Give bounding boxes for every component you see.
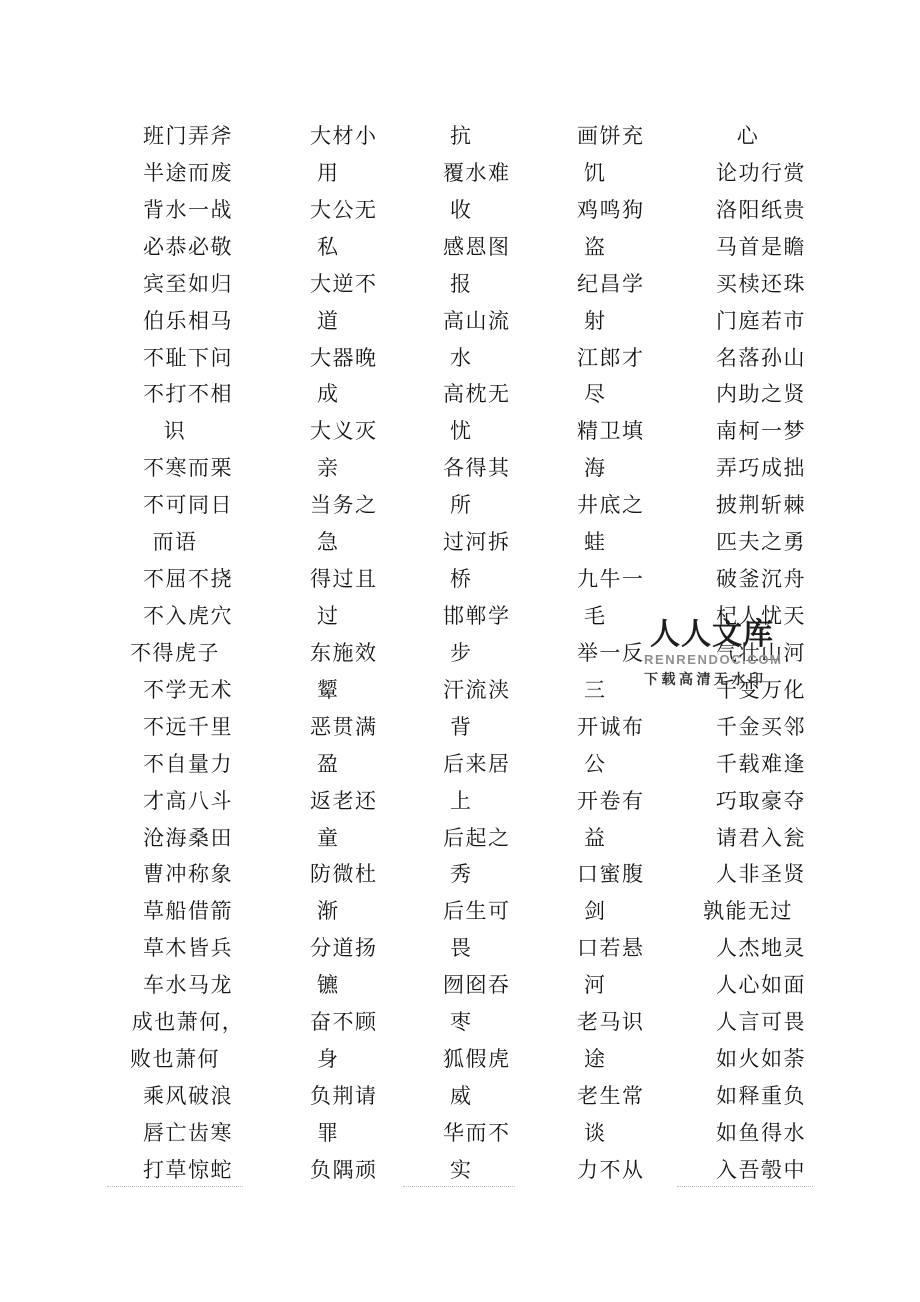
idiom-line: 班门弄斧 — [105, 118, 271, 155]
idiom-line: 防微杜 — [310, 856, 422, 893]
idiom-line: 过 — [310, 598, 422, 635]
idiom-line: 南柯一梦 — [678, 413, 844, 450]
idiom-line: 所 — [443, 487, 555, 524]
idiom-line: 得过且 — [310, 561, 422, 598]
idiom-line: 感恩图 — [443, 229, 555, 266]
idiom-line: 上 — [443, 783, 555, 820]
idiom-line: 大义灭 — [310, 413, 422, 450]
idiom-line: 不自量力 — [105, 746, 271, 783]
idiom-line: 负荆请 — [310, 1078, 422, 1115]
idiom-line: 半途而废 — [105, 155, 271, 192]
idiom-line: 不远千里 — [105, 709, 271, 746]
idiom-line: 高山流 — [443, 303, 555, 340]
watermark: 人人文库 RENRENDOC.COM 下载高清无水印 — [644, 620, 844, 689]
idiom-line: 成也萧何， — [105, 1004, 271, 1041]
idiom-line: 罪 — [310, 1115, 422, 1152]
idiom-line: 井底之 — [577, 487, 689, 524]
idiom-line: 河 — [577, 967, 689, 1004]
idiom-line: 后来居 — [443, 746, 555, 783]
idiom-line: 蛙 — [577, 524, 689, 561]
idiom-line: 私 — [310, 229, 422, 266]
idiom-line: 饥 — [577, 155, 689, 192]
idiom-line: 大器晚 — [310, 340, 422, 377]
idiom-line: 纪昌学 — [577, 266, 689, 303]
idiom-line: 道 — [310, 303, 422, 340]
idiom-line: 后生可 — [443, 893, 555, 930]
idiom-line: 华而不 — [443, 1115, 555, 1152]
idiom-line: 谈 — [577, 1115, 689, 1152]
idiom-line: 盈 — [310, 746, 422, 783]
idiom-line: 身 — [310, 1041, 422, 1078]
idiom-line: 抗 — [443, 118, 555, 155]
idiom-line: 不入虎穴 — [105, 598, 271, 635]
idiom-line: 破釜沉舟 — [678, 561, 844, 598]
idiom-line: 洛阳纸贵 — [678, 192, 844, 229]
idiom-line: 披荆斩棘 — [678, 487, 844, 524]
idiom-line: 老生常 — [577, 1078, 689, 1115]
idiom-line: 鸡鸣狗 — [577, 192, 689, 229]
idiom-line: 急 — [310, 524, 422, 561]
idiom-line: 唇亡齿寒 — [105, 1115, 271, 1152]
idiom-line: 水 — [443, 340, 555, 377]
table-cell-dotted-border — [403, 1186, 515, 1187]
idiom-line: 开卷有 — [577, 783, 689, 820]
idiom-line: 威 — [443, 1078, 555, 1115]
idiom-line: 过河拆 — [443, 524, 555, 561]
idiom-line: 伯乐相马 — [105, 303, 271, 340]
idiom-line: 不打不相 — [105, 376, 271, 413]
idiom-line: 孰能无过 — [678, 893, 844, 930]
idiom-line: 渐 — [310, 893, 422, 930]
idiom-line: 背 — [443, 709, 555, 746]
idiom-line: 各得其 — [443, 450, 555, 487]
idiom-line: 收 — [443, 192, 555, 229]
idiom-line: 败也萧何 — [105, 1041, 271, 1078]
idiom-line: 大公无 — [310, 192, 422, 229]
idiom-line: 画饼充 — [577, 118, 689, 155]
idiom-line: 老马识 — [577, 1004, 689, 1041]
idiom-line: 不耻下问 — [105, 340, 271, 377]
idiom-line: 当务之 — [310, 487, 422, 524]
idiom-line: 剑 — [577, 893, 689, 930]
idiom-line: 打草惊蛇 — [105, 1152, 271, 1189]
table-cell-dotted-border — [107, 1186, 243, 1187]
idiom-line: 识 — [105, 413, 271, 450]
watermark-tagline: 下载高清无水印 — [644, 669, 844, 689]
idiom-line: 心 — [678, 118, 844, 155]
idiom-line: 盗 — [577, 229, 689, 266]
idiom-line: 射 — [577, 303, 689, 340]
idiom-line: 名落孙山 — [678, 340, 844, 377]
idiom-line: 必恭必敬 — [105, 229, 271, 266]
idiom-line: 大逆不 — [310, 266, 422, 303]
idiom-line: 颦 — [310, 672, 422, 709]
idiom-line: 恶贯满 — [310, 709, 422, 746]
idiom-line: 不寒而栗 — [105, 450, 271, 487]
idiom-line: 匹夫之勇 — [678, 524, 844, 561]
idiom-line: 狐假虎 — [443, 1041, 555, 1078]
idiom-line: 后起之 — [443, 820, 555, 857]
idiom-line: 不学无术 — [105, 672, 271, 709]
idiom-line: 人杰地灵 — [678, 930, 844, 967]
idiom-line: 如释重负 — [678, 1078, 844, 1115]
idiom-line: 覆水难 — [443, 155, 555, 192]
idiom-line: 开诚布 — [577, 709, 689, 746]
watermark-logo-text: 人人文库 — [650, 620, 844, 650]
idiom-line: 弄巧成拙 — [678, 450, 844, 487]
idiom-column-2: 大材小用大公无私大逆不道大器晚成大义灭亲当务之急得过且过东施效颦恶贯满盈返老还童… — [310, 118, 422, 1189]
idiom-line: 汗流浃 — [443, 672, 555, 709]
idiom-line: 不得虎子 — [105, 635, 271, 672]
idiom-line: 公 — [577, 746, 689, 783]
idiom-line: 成 — [310, 376, 422, 413]
idiom-line: 论功行赏 — [678, 155, 844, 192]
idiom-line: 宾至如归 — [105, 266, 271, 303]
idiom-line: 如鱼得水 — [678, 1115, 844, 1152]
idiom-line: 返老还 — [310, 783, 422, 820]
idiom-line: 千载难逢 — [678, 746, 844, 783]
idiom-line: 力不从 — [577, 1152, 689, 1189]
idiom-line: 才高八斗 — [105, 783, 271, 820]
idiom-line: 东施效 — [310, 635, 422, 672]
idiom-line: 海 — [577, 450, 689, 487]
idiom-column-3: 抗覆水难收感恩图报高山流水高枕无忧各得其所过河拆桥邯郸学步汗流浃背后来居上后起之… — [443, 118, 555, 1189]
idiom-line: 曹冲称象 — [105, 856, 271, 893]
idiom-line: 枣 — [443, 1004, 555, 1041]
idiom-line: 尽 — [577, 376, 689, 413]
idiom-line: 而语 — [105, 524, 271, 561]
idiom-line: 亲 — [310, 450, 422, 487]
idiom-line: 分道扬 — [310, 930, 422, 967]
idiom-line: 高枕无 — [443, 376, 555, 413]
idiom-line: 请君入瓮 — [678, 820, 844, 857]
idiom-line: 草木皆兵 — [105, 930, 271, 967]
idiom-line: 桥 — [443, 561, 555, 598]
watermark-site-url: RENRENDOC.COM — [644, 652, 844, 667]
idiom-line: 报 — [443, 266, 555, 303]
idiom-line: 畏 — [443, 930, 555, 967]
idiom-line: 忧 — [443, 413, 555, 450]
idiom-line: 实 — [443, 1152, 555, 1189]
idiom-line: 车水马龙 — [105, 967, 271, 1004]
idiom-line: 囫囵吞 — [443, 967, 555, 1004]
idiom-line: 草船借箭 — [105, 893, 271, 930]
idiom-line: 巧取豪夺 — [678, 783, 844, 820]
idiom-column-1: 班门弄斧半途而废背水一战必恭必敬宾至如归伯乐相马不耻下问不打不相识不寒而栗不可同… — [105, 118, 271, 1189]
idiom-line: 门庭若市 — [678, 303, 844, 340]
idiom-line: 人言可畏 — [678, 1004, 844, 1041]
document-page: 班门弄斧半途而废背水一战必恭必敬宾至如归伯乐相马不耻下问不打不相识不寒而栗不可同… — [0, 0, 920, 1302]
idiom-line: 人非圣贤 — [678, 856, 844, 893]
idiom-line: 江郎才 — [577, 340, 689, 377]
idiom-line: 口蜜腹 — [577, 856, 689, 893]
idiom-line: 口若悬 — [577, 930, 689, 967]
idiom-line: 邯郸学 — [443, 598, 555, 635]
idiom-line: 步 — [443, 635, 555, 672]
idiom-line: 童 — [310, 820, 422, 857]
idiom-line: 用 — [310, 155, 422, 192]
idiom-line: 沧海桑田 — [105, 820, 271, 857]
idiom-line: 马首是瞻 — [678, 229, 844, 266]
idiom-line: 途 — [577, 1041, 689, 1078]
idiom-line: 乘风破浪 — [105, 1078, 271, 1115]
idiom-line: 奋不顾 — [310, 1004, 422, 1041]
idiom-line: 背水一战 — [105, 192, 271, 229]
idiom-line: 镳 — [310, 967, 422, 1004]
idiom-line: 负隅顽 — [310, 1152, 422, 1189]
idiom-line: 不可同日 — [105, 487, 271, 524]
idiom-line: 人心如面 — [678, 967, 844, 1004]
idiom-line: 内助之贤 — [678, 376, 844, 413]
idiom-line: 大材小 — [310, 118, 422, 155]
idiom-line: 秀 — [443, 856, 555, 893]
table-cell-dotted-border — [677, 1186, 813, 1187]
idiom-line: 益 — [577, 820, 689, 857]
idiom-line: 九牛一 — [577, 561, 689, 598]
idiom-line: 千金买邻 — [678, 709, 844, 746]
idiom-line: 不屈不挠 — [105, 561, 271, 598]
idiom-line: 买椟还珠 — [678, 266, 844, 303]
idiom-line: 如火如荼 — [678, 1041, 844, 1078]
idiom-line: 入吾彀中 — [678, 1152, 844, 1189]
idiom-line: 精卫填 — [577, 413, 689, 450]
